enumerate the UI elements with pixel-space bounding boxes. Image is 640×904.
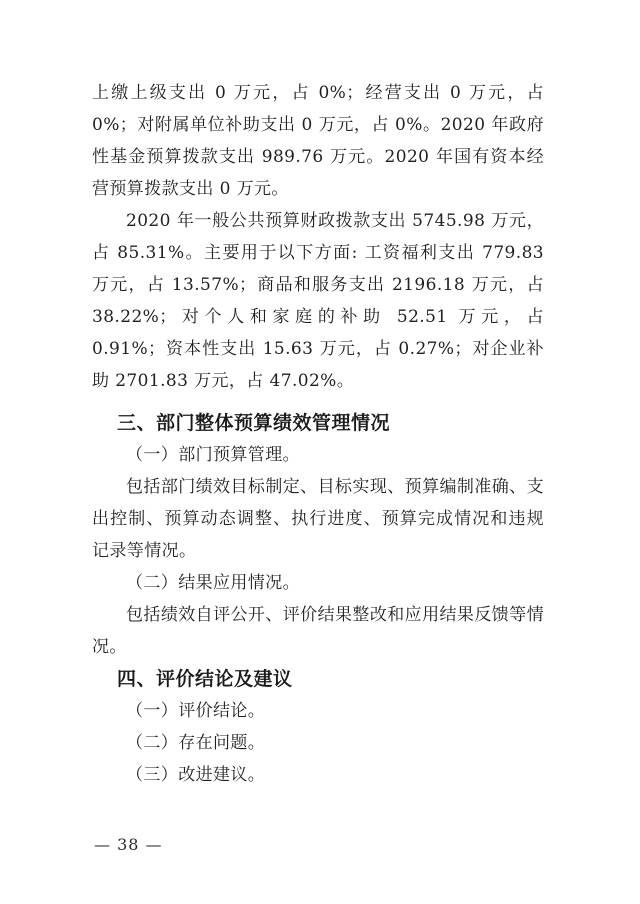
subheading-2-result-application: （二）结果应用情况。 [92,567,544,599]
page-number: — 38 — [94,835,163,854]
section-heading-4-conclusion-suggestions: 四、评价结论及建议 [92,663,544,695]
paragraph-result-application-detail: 包括绩效自评公开、评价结果整改和应用结果反馈等情况。 [92,599,544,663]
subheading-1-evaluation-conclusion: （一）评价结论。 [92,695,544,727]
subheading-2-existing-problems: （二）存在问题。 [92,727,544,759]
page-footer: — 38 — [94,835,163,855]
subheading-1-budget-management: （一）部门预算管理。 [92,439,544,471]
subheading-3-improvement-suggestions: （三）改进建议。 [92,759,544,791]
paragraph-expenditure-continuation: 上缴上级支出 0 万元，占 0%；经营支出 0 万元，占 0%；对附属单位补助支… [92,77,544,205]
paragraph-budget-management-detail: 包括部门绩效目标制定、目标实现、预算编制准确、支出控制、预算动态调整、执行进度、… [92,471,544,567]
document-body: 上缴上级支出 0 万元，占 0%；经营支出 0 万元，占 0%；对附属单位补助支… [0,0,640,791]
paragraph-general-budget-expenditure: 2020 年一般公共预算财政拨款支出 5745.98 万元，占 85.31%。主… [92,205,544,397]
document-page: 上缴上级支出 0 万元，占 0%；经营支出 0 万元，占 0%；对附属单位补助支… [0,0,640,904]
section-heading-3-performance-management: 三、部门整体预算绩效管理情况 [92,407,544,439]
